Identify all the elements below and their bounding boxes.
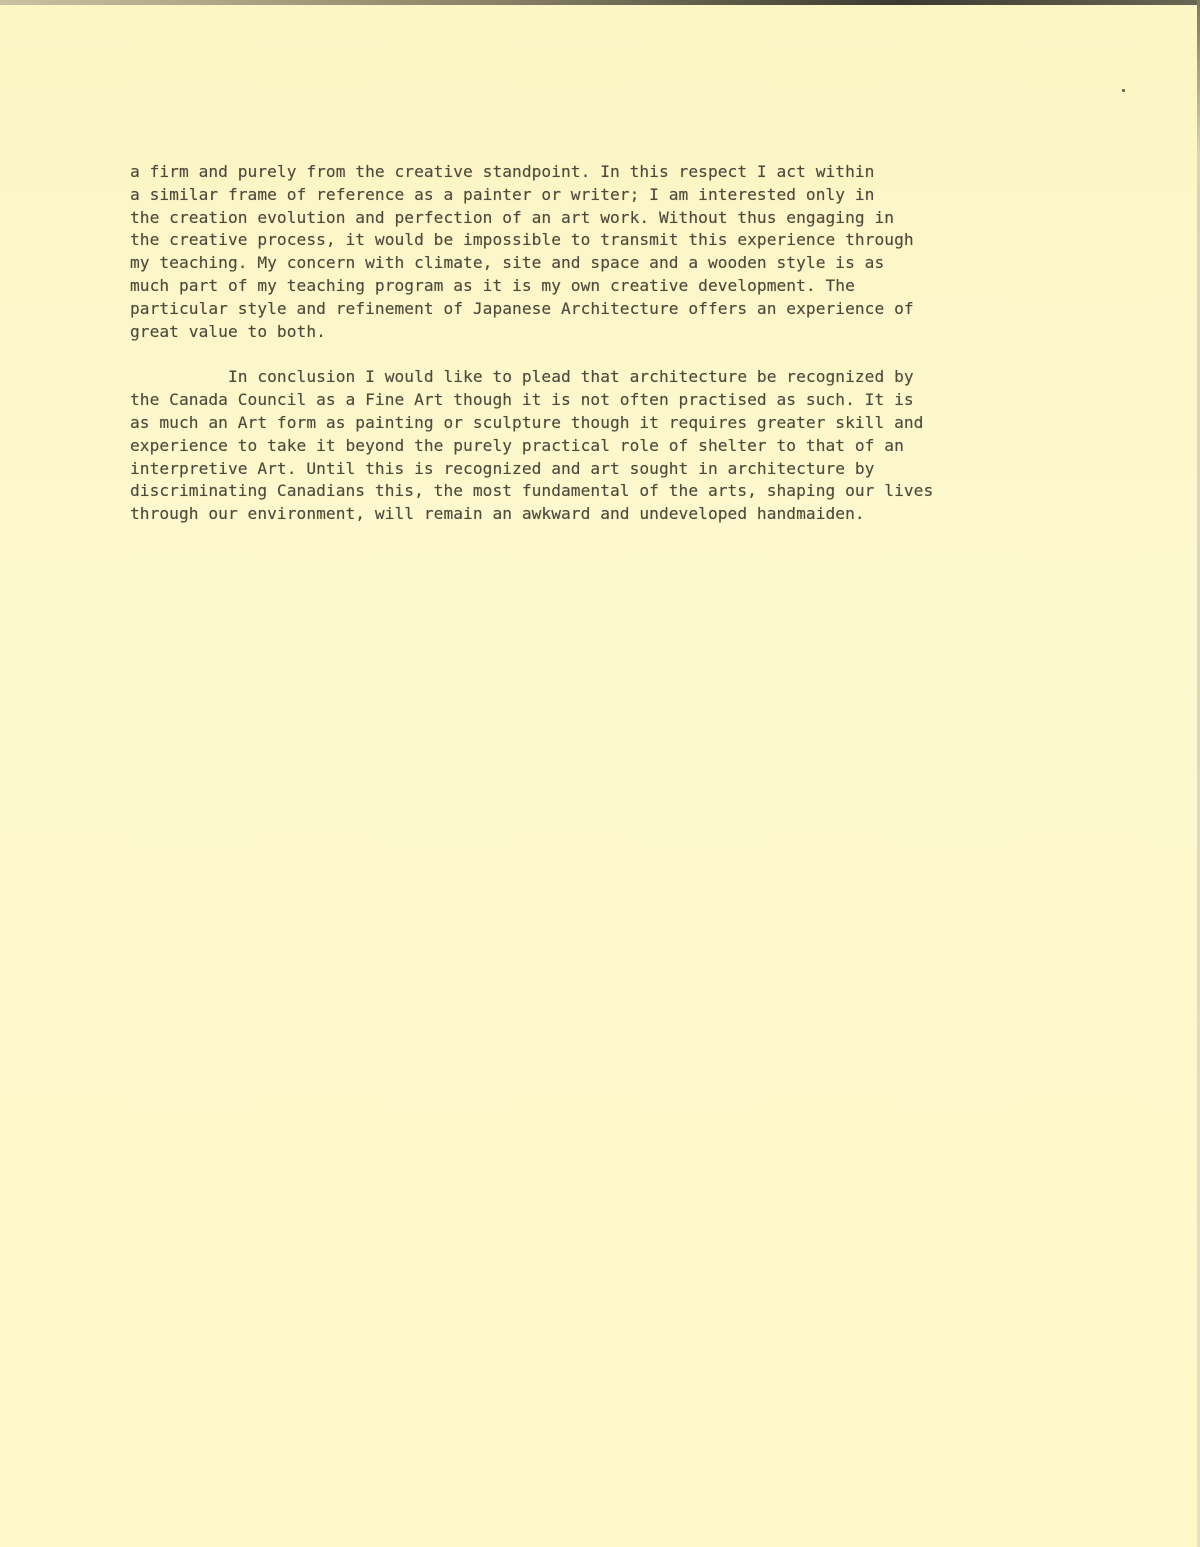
text-line: interpretive Art. Until this is recogniz… xyxy=(130,458,1120,481)
text-line: a similar frame of reference as a painte… xyxy=(130,184,1120,207)
paper-speck xyxy=(1122,89,1125,92)
text-line: great value to both. xyxy=(130,321,1120,344)
text-line: In conclusion I would like to plead that… xyxy=(130,366,1120,389)
text-line: the creation evolution and perfection of… xyxy=(130,207,1120,230)
text-line: the creative process, it would be imposs… xyxy=(130,229,1120,252)
text-line: discriminating Canadians this, the most … xyxy=(130,480,1120,503)
paragraph-2: In conclusion I would like to plead that… xyxy=(130,366,1120,526)
paper-page: a firm and purely from the creative stan… xyxy=(0,0,1200,1547)
text-line: much part of my teaching program as it i… xyxy=(130,275,1120,298)
text-line: my teaching. My concern with climate, si… xyxy=(130,252,1120,275)
text-line: as much an Art form as painting or sculp… xyxy=(130,412,1120,435)
text-line: particular style and refinement of Japan… xyxy=(130,298,1120,321)
text-line: experience to take it beyond the purely … xyxy=(130,435,1120,458)
typewritten-body: a firm and purely from the creative stan… xyxy=(130,161,1120,549)
scan-top-edge xyxy=(0,0,1200,5)
text-line: a firm and purely from the creative stan… xyxy=(130,161,1120,184)
paragraph-1: a firm and purely from the creative stan… xyxy=(130,161,1120,343)
text-line: the Canada Council as a Fine Art though … xyxy=(130,389,1120,412)
text-line: through our environment, will remain an … xyxy=(130,503,1120,526)
